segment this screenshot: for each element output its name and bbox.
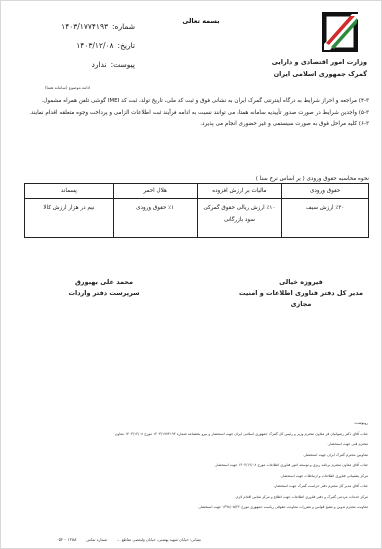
cc-item: مرکز خدمات مردمی گمرک و دفتر فناوری اطلا… — [31, 492, 368, 503]
cc-item: جناب آقای معاون محترم برنامه ریزی و توسع… — [31, 460, 368, 471]
letter-date-row: تاریخ: ۱۴۰۳/۱۲/۰۸ — [15, 36, 135, 55]
signatory-title: مدیر کل دفتر فناوری اطلاعات و امنیت مجاز… — [231, 288, 371, 310]
signatory-title: سرپرست دفتر واردات — [59, 288, 149, 299]
letter-date-value: ۱۴۰۳/۱۲/۰۸ — [76, 41, 113, 50]
cc-item: معاونت محترم تدوین و تنقیح قوانین و مقرر… — [31, 502, 368, 513]
clause-3-6: ۶-۳) کلیه مراحل فوق به صورت سیستمی و غیر… — [29, 119, 369, 131]
letter-number-row: شماره: ۱۴۰۳/۱۷۷۴۱۹۳ — [15, 17, 135, 36]
cc-heading: رونوشت: — [31, 418, 368, 429]
letter-page: وزارت امور اقتصادی و دارایی گمرک جمهوری … — [0, 0, 382, 549]
organization-name: گمرک جمهوری اسلامی ایران — [272, 68, 367, 80]
clauses: ۴-۳) مراجعه و احراز شرایط به درگاه اینتر… — [29, 96, 369, 131]
ministry-name: وزارت امور اقتصادی و دارایی — [272, 56, 367, 68]
duties-table: حقوق ورودی مالیات بر ارزش افزوده هلال اح… — [24, 183, 369, 238]
letter-meta: شماره: ۱۴۰۳/۱۷۷۴۱۹۳ تاریخ: ۱۴۰۳/۱۲/۰۸ پی… — [15, 17, 135, 74]
letter-attachment-row: پیوست: ندارد — [15, 55, 135, 74]
header-waste-fee: پسماند — [25, 184, 114, 199]
signature-it-director: فیروزه خیالی مدیر کل دفتر فناوری اطلاعات… — [231, 277, 371, 310]
table-row: ٪۳۰ ارزش سیف ٪۱۰ ارزش ریالی حقوق گمرکی س… — [25, 199, 369, 238]
letter-number-label: شماره: — [112, 22, 135, 31]
letter-attachment-label: پیوست: — [111, 60, 135, 69]
signature-imports-head: محمد علی بهبورق سرپرست دفتر واردات — [59, 277, 149, 299]
cell-waste-fee: نیم در هزار ارزش کالا — [25, 199, 114, 238]
cc-list: رونوشت: جناب آقای دکتر رضوانیان فر معاون… — [31, 418, 368, 513]
cell-import-duty: ٪۳۰ ارزش سیف — [282, 199, 369, 238]
clause-3-4: ۴-۳) مراجعه و احراز شرایط به درگاه اینتر… — [29, 96, 369, 108]
basmala: بسمه تعالی — [171, 17, 231, 25]
cc-item: محترم فنی جهت استحضار. — [31, 439, 368, 450]
header-red-crescent: هلال احمر — [113, 184, 197, 199]
cc-item: جناب آقای دکتر رضوانیان فر معاون محترم و… — [31, 429, 368, 440]
cell-red-crescent: ٪۱ حقوق ورودی — [113, 199, 197, 238]
cc-item: معاونین محترم گمرک ایران جهت استحضار. — [31, 450, 368, 461]
header-vat: مالیات بر ارزش افزوده — [197, 184, 282, 199]
reference-note: ادامه موضوع (سامانه همتا) — [45, 85, 90, 90]
signatory-name: فیروزه خیالی — [231, 277, 371, 288]
table-header-row: حقوق ورودی مالیات بر ارزش افزوده هلال اح… — [25, 184, 369, 199]
ministry-header: وزارت امور اقتصادی و دارایی گمرک جمهوری … — [272, 56, 367, 80]
cc-item: مرکز پشتیبانی فناوری اطلاعات و ارتباطات … — [31, 471, 368, 482]
cc-item: جناب آقای مدیر کل محترم دفتر حراست گمرک … — [31, 481, 368, 492]
header-import-duty: حقوق ورودی — [282, 184, 369, 199]
cell-vat: ٪۱۰ ارزش ریالی حقوق گمرکی سود بازرگانی — [197, 199, 282, 238]
letter-footer: نشانی: خیابان شهید بهشتی، خیابان ولیعصر،… — [41, 537, 201, 542]
signatory-name: محمد علی بهبورق — [59, 277, 149, 288]
footer-address: نشانی: خیابان شهید بهشتی، خیابان ولیعصر،… — [117, 537, 201, 542]
letter-number-value: ۱۴۰۳/۱۷۷۴۱۹۳ — [61, 22, 108, 31]
table-caption: نحوه محاسبه حقوق ورودی ( بر اساس نرخ سنا… — [256, 176, 369, 182]
letter-date-label: تاریخ: — [118, 41, 135, 50]
footer-code: ۱۲۸۸ - ۰۵۲ — [56, 537, 76, 542]
clause-3-5: ۵-۳) واجدین شرایط در صورت صدور تأییدیه س… — [29, 108, 369, 120]
letter-attachment-value: ندارد — [92, 60, 107, 69]
customs-logo-icon — [322, 12, 358, 52]
footer-phone: شماره تماس — [86, 537, 107, 542]
